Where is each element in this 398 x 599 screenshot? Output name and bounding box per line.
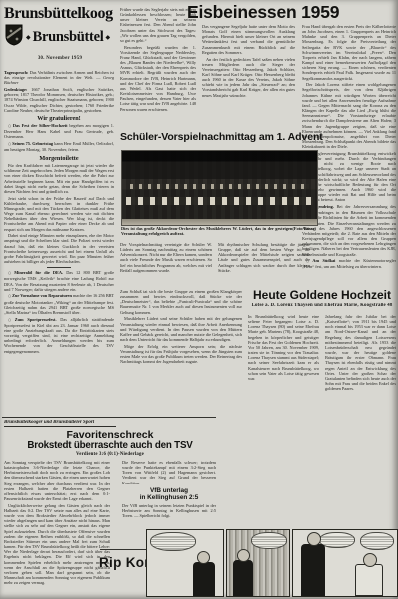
news-item: ○Mineralöl für die DEA. Das 12 800 BRT g… <box>4 270 114 292</box>
masthead-title-line2: Brunsbüttel <box>33 29 104 46</box>
news-item: ○Zum Sportpressefest. Das alljährlich st… <box>4 317 114 354</box>
paragraph: Am Sonntag verspielte der TSV Brunsbütte… <box>4 460 110 501</box>
paragraph: Möge der Erfolg ein weiterer Ansporn sei… <box>120 344 242 365</box>
sun-marker-icon: ○ <box>8 142 11 146</box>
sun-marker-icon: ○ <box>8 294 11 298</box>
eisbeinessen-column-left: Früher wurde das Seglerjahr stets mit ei… <box>120 7 196 129</box>
orchestra-photo <box>121 150 318 226</box>
paragraph: Zum Schluß tat sich die beste Gruppe zu … <box>120 289 242 315</box>
speech-bubble <box>150 532 196 551</box>
morgentoilette-header: Morgentoilette <box>4 156 114 161</box>
paragraph: Jahrelang fuhr der Jubilar bei der „Kais… <box>325 314 396 391</box>
figure-head <box>307 532 321 546</box>
gratulieren-header: Wir gratulieren! <box>4 116 114 121</box>
hochzeit-subhead: Lotse a. D. Lorenz Thaysen und Ehefrau M… <box>248 303 396 308</box>
tagesspruch: Tagesspruch: Das Verhältnis zwischen Arm… <box>4 70 114 85</box>
vfb-headline: VfB unterlag in Kellinghusen 2:5 <box>122 487 216 501</box>
paragraph: Unglücklicherweise gelang den Gästen gle… <box>4 503 110 586</box>
paragraph: Besonders begrüßt wurden der 1. Vorsitze… <box>120 45 196 112</box>
paragraph: Der Vorspielnachmittag vereinigte die Sc… <box>120 242 212 273</box>
figure-silhouette <box>301 544 325 596</box>
vfb-text: Der VfB unterlag in seinem letzten Punkt… <box>122 503 216 521</box>
speech-bubble <box>360 532 394 550</box>
sport-subhead: Verdiente 3:6 (0:1)-Niederlage <box>4 452 216 457</box>
newspaper-page: Brunsbüttelkoog ◆ Brunsbüttel ◆ 30. Nove… <box>0 0 398 599</box>
paragraph: Das vergangene Segeljahr hatte unter dem… <box>202 24 295 55</box>
hochzeit-headline: Heute Goldene Hochzeit <box>248 288 396 302</box>
gratulieren-item: ○Seinen 75. Geburtstag kann Herr Emil Mü… <box>4 141 114 152</box>
figure-light-shirt <box>355 564 383 596</box>
comic-panel <box>292 529 398 597</box>
paragraph: Frau Hand übergab den ersten Preis der K… <box>302 24 396 81</box>
news-item: ○Zur Vornahme von Reparaturen machte der… <box>4 293 114 315</box>
section-divider <box>47 267 71 268</box>
paragraph: Früher wurde das Seglerjahr stets mit ei… <box>120 7 196 43</box>
comic-panel <box>146 529 224 597</box>
figure-silhouette <box>193 562 215 596</box>
comic-panel <box>226 529 290 597</box>
sport-column-left: Am Sonntag verspielte der TSV Brunsbütte… <box>4 460 110 595</box>
paragraph: Musiklehrer Lüdert und seine Schüler hab… <box>120 316 242 342</box>
paragraph: Mit rhythmischer Schulung bestätigte die… <box>218 242 310 273</box>
eisbeinessen-headline: Eisbeinessen 1959 <box>187 2 339 23</box>
gedenktage: Gedenktage: 1667 Jonathan Swift, englisc… <box>4 87 114 113</box>
figure-head <box>237 549 250 562</box>
ornament-right-icon: ◆ <box>105 34 110 41</box>
advent-headline: Schüler-Vorspielnachmittag am 1. Advent <box>120 131 317 143</box>
sun-marker-icon: ○ <box>8 318 14 322</box>
photo-caption: (Foto-Busse) Dies ist das große Akkordeo… <box>121 226 316 239</box>
eisbeinessen-column-mid: Das vergangene Segeljahr hatte unter dem… <box>202 24 295 129</box>
speech-bubble <box>251 532 287 549</box>
ornament-left-icon: ◆ <box>26 34 31 41</box>
paragraph: Dabei sind einige Minuten mehr einzuplan… <box>4 233 114 264</box>
photo-detail <box>126 197 313 205</box>
photo-detail <box>122 219 317 225</box>
masthead-row2: ◆ Brunsbüttel ◆ <box>4 24 116 51</box>
paragraph: In Brunsbüttelkoog wird heute eine selte… <box>248 314 319 381</box>
gratulieren-item: ○Das Fest der Silber-Hochzeit begehen am… <box>4 123 114 139</box>
sport-rule-top <box>2 417 216 418</box>
left-column: Tagesspruch: Das Verhältnis zwischen Arm… <box>4 70 114 415</box>
masthead-title-line1: Brunsbüttelkoog <box>4 5 116 23</box>
figure-head <box>363 553 377 567</box>
figure-silhouette <box>233 560 253 596</box>
sun-marker-icon: ○ <box>8 124 12 128</box>
paragraph: Jetzt steht schon in der Frühe der Raure… <box>4 196 114 232</box>
sport-kicker: Brunsbüttelkooger und Brunsbütteler Spor… <box>4 420 116 427</box>
advent-column-mid: Mit rhythmischer Schulung bestätigte die… <box>218 242 310 286</box>
hochzeit-column-left: In Brunsbüttelkoog wird heute eine selte… <box>248 314 319 417</box>
advent-column-left: Der Vorspielnachmittag vereinigte die Sc… <box>120 242 212 286</box>
figure-head <box>197 551 210 564</box>
crest-icon <box>4 24 24 51</box>
masthead: Brunsbüttelkoog ◆ Brunsbüttel ◆ 30. Nove… <box>4 5 116 61</box>
photo-credit: (Foto-Busse) <box>292 226 316 231</box>
sport-headline-line2: Brokstedt überraschte auch den TSV <box>4 440 216 451</box>
advent-column-wide: Zum Schluß tat sich die beste Gruppe zu … <box>120 289 242 417</box>
photo-detail <box>130 184 309 189</box>
news-item: ○Am Südkai machte der Küstenmotorsegler … <box>302 258 396 269</box>
paragraph: Für den Kraftfahrer mit Laternengarage i… <box>4 163 114 194</box>
paragraph: An der festlich gedeckten Tafel saßen ne… <box>202 57 295 98</box>
sport-column-right: Die Reserve hatte es ebenfalls schwer; t… <box>122 460 216 484</box>
paragraph: Die Reserve hatte es ebenfalls schwer; t… <box>122 460 216 484</box>
paragraph: Der VfB unterlag in seinem letzten Punkt… <box>122 503 216 518</box>
sun-marker-icon: ○ <box>8 271 13 275</box>
hochzeit-column-right: Jahrelang fuhr der Jubilar bei der „Kais… <box>325 314 396 417</box>
issue-date: 30. November 1959 <box>4 56 116 61</box>
